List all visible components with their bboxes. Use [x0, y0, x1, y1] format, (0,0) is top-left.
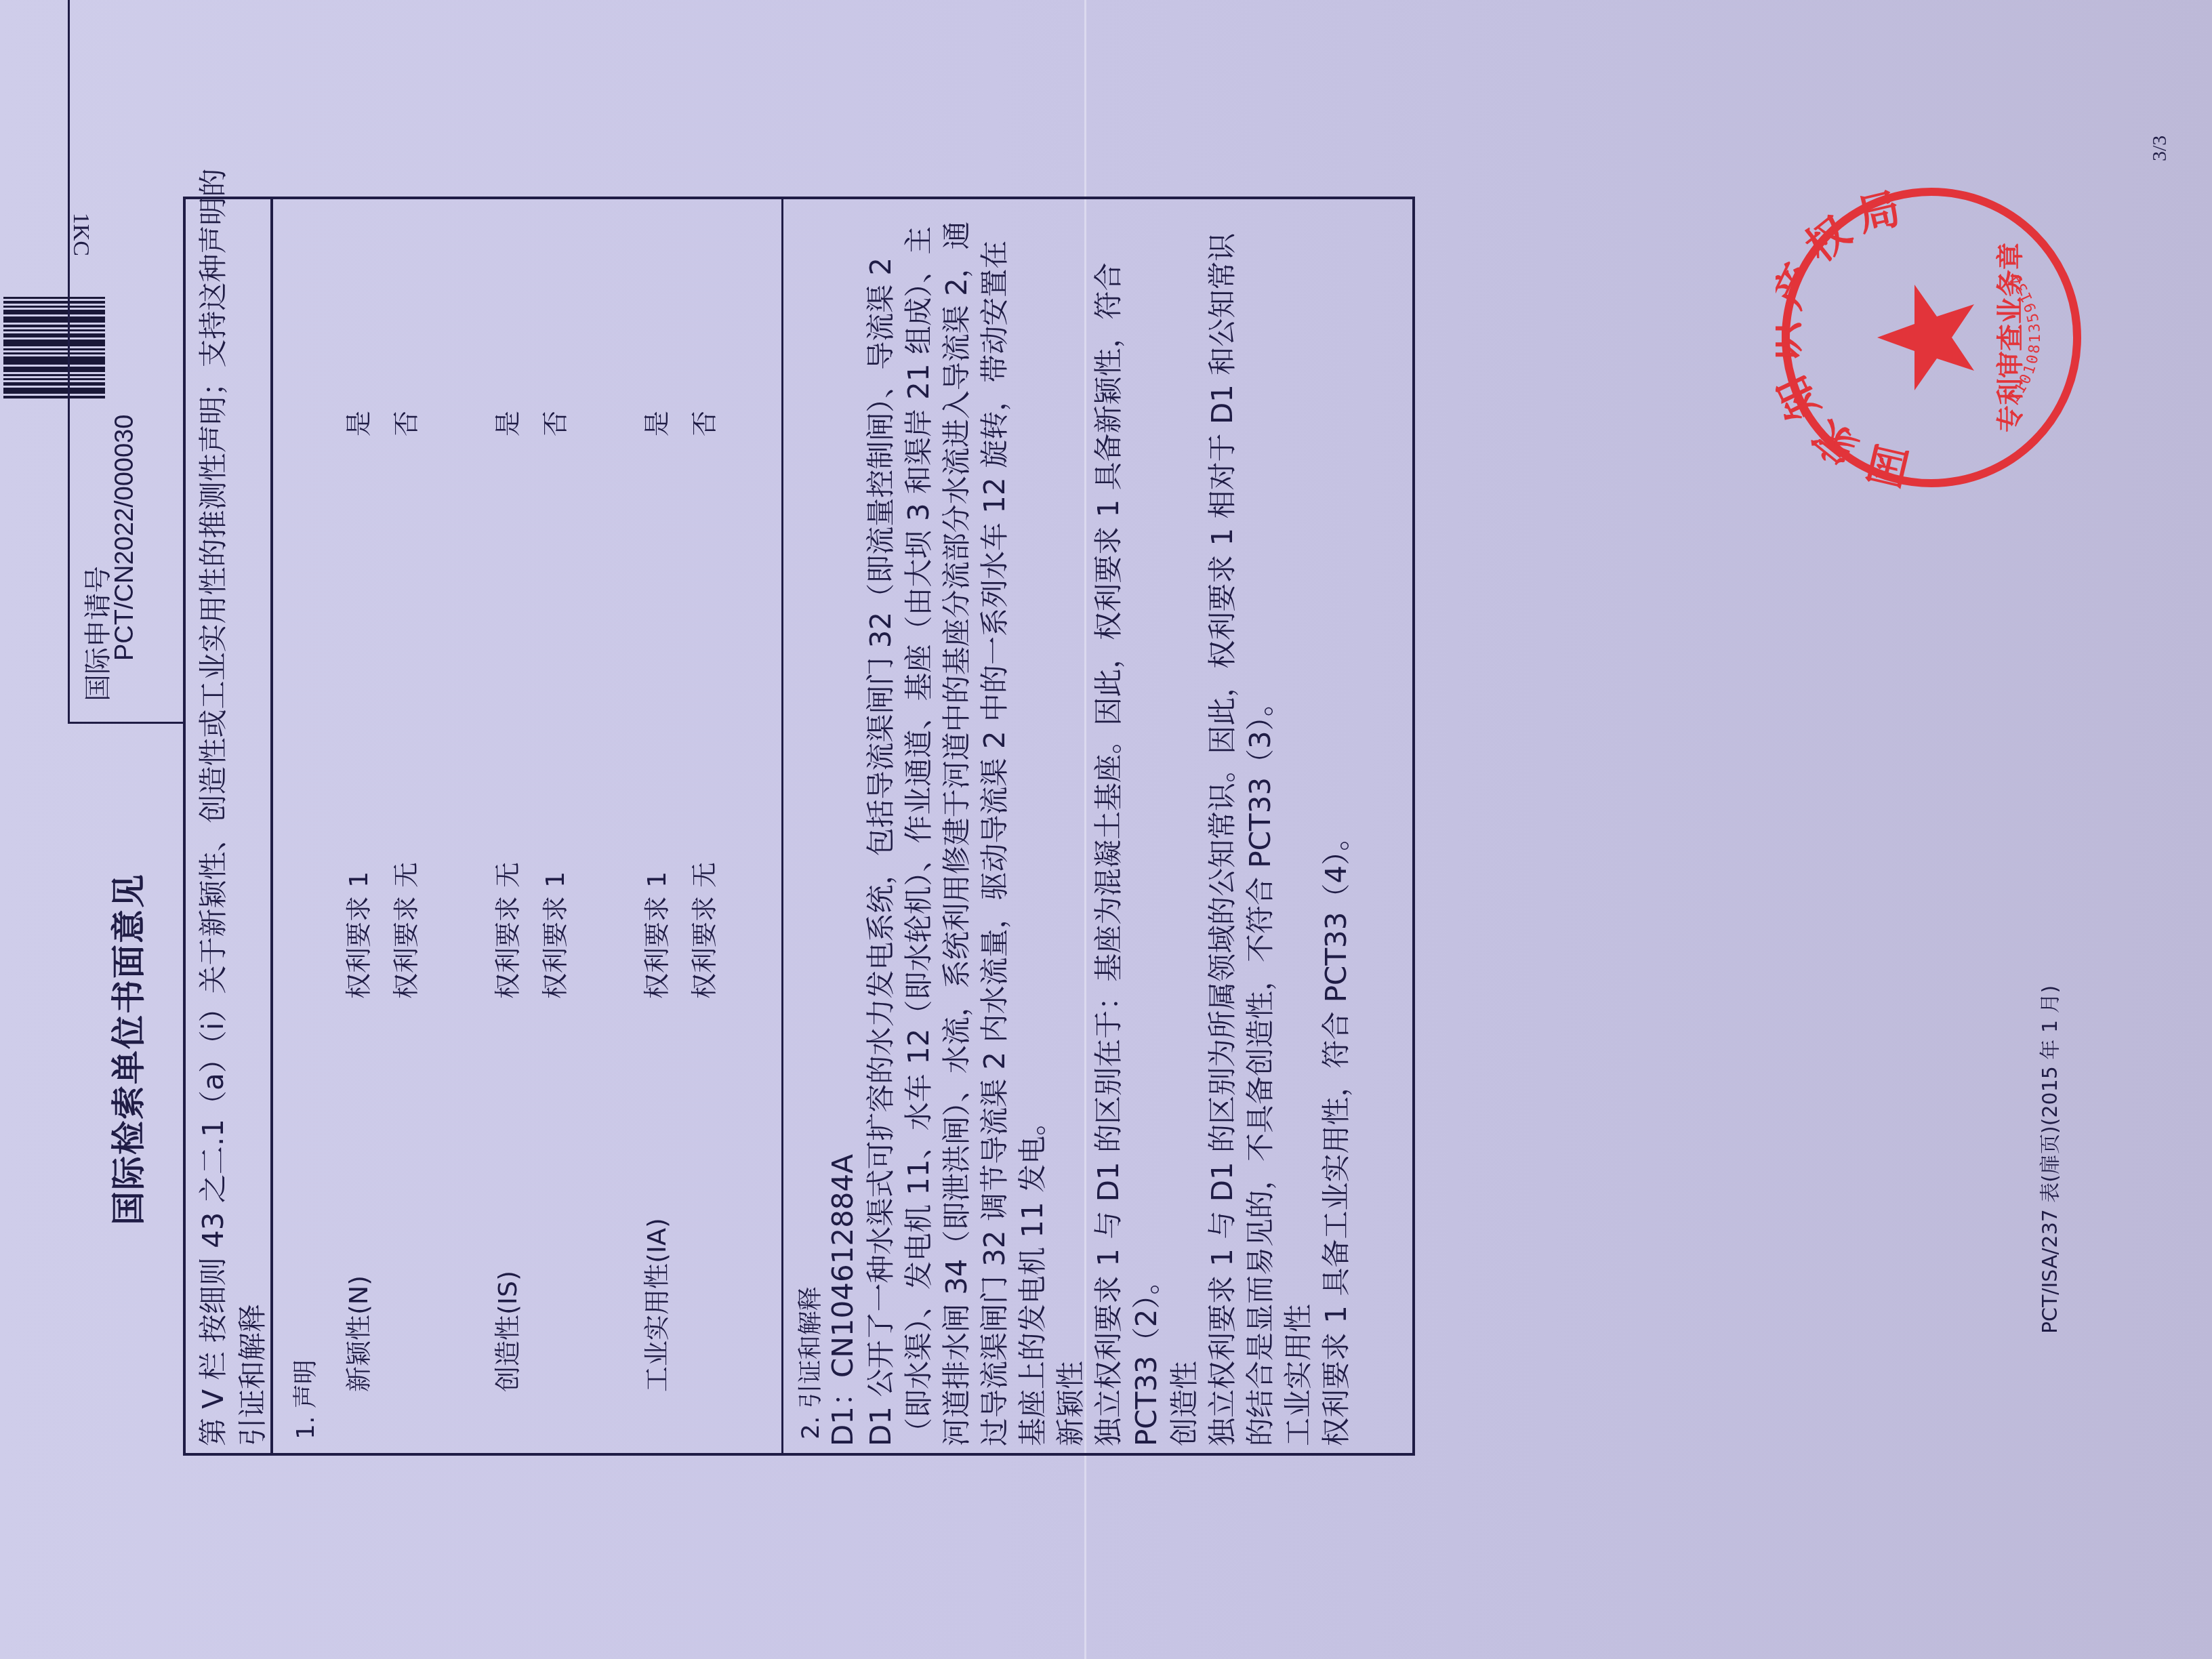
star-icon — [1877, 285, 1974, 390]
criterion-industrial-applicability: 工业实用性(IA) — [636, 1218, 673, 1392]
form-footer: PCT/ISA/237 表(扉页)(2015 年 1 月) — [2033, 985, 2063, 1334]
citation-d1: D1：CN104612884A — [824, 213, 862, 1446]
citations-body: D1：CN104612884A D1 公开了一种水渠式可扩容的水力发电系统，包括… — [824, 213, 1355, 1446]
criterion-novelty: 新颖性(N) — [337, 1275, 375, 1392]
citations-section: 2. 引证和解释 D1：CN104612884A D1 公开了一种水渠式可扩容的… — [783, 199, 1412, 1453]
box-v-heading-line2: 引证和解释 — [230, 1304, 271, 1446]
inventive-no: 否 — [534, 411, 571, 436]
novelty-heading: 新颖性 — [1052, 213, 1090, 1446]
inventive-yes: 是 — [487, 411, 524, 436]
criterion-inventive-step: 创造性(IS) — [487, 1271, 524, 1392]
application-number-label: 国际申请号 — [77, 566, 115, 701]
industrial-no: 否 — [683, 411, 720, 436]
industrial-yes: 是 — [636, 411, 673, 436]
novelty-yes: 是 — [337, 411, 375, 436]
page-number: 3/3 — [2148, 136, 2171, 161]
industrial-reasoning: 权利要求 1 具备工业实用性，符合 PCT33（4）。 — [1317, 213, 1355, 1446]
application-number-box: 国际申请号 PCT/CN2022/000030 — [68, 0, 185, 724]
novelty-no: 否 — [385, 411, 422, 436]
box-v-heading-line1: 第 V 栏 按细则 43 之二.1（a）（i）关于新颖性、创造性或工业实用性的推… — [191, 169, 232, 1446]
statement-section: 1. 声明 新颖性(N) 权利要求 1 权利要求 无 是 否 创造性(IS) 权… — [273, 199, 783, 1453]
application-number: PCT/CN2022/000030 — [110, 415, 140, 661]
industrial-claims-no: 权利要求 无 — [683, 862, 720, 999]
document-title: 国际检索单位书面意见 — [102, 873, 150, 1225]
industrial-heading: 工业实用性 — [1279, 213, 1317, 1446]
novelty-reasoning: 独立权利要求 1 与 D1 的区别在于：基座为混凝土基座。因此，权利要求 1 具… — [1090, 213, 1166, 1446]
inventive-claims-yes: 权利要求 无 — [487, 862, 524, 999]
citations-title: 2. 引证和解释 — [792, 1286, 826, 1439]
inventive-reasoning: 独立权利要求 1 与 D1 的区别为所属领域的公知常识。因此，权利要求 1 相对… — [1204, 213, 1279, 1446]
novelty-claims-no: 权利要求 无 — [385, 862, 422, 999]
novelty-claims-yes: 权利要求 1 — [337, 872, 375, 999]
box-v-heading: 第 V 栏 按细则 43 之二.1（a）（i）关于新颖性、创造性或工业实用性的推… — [186, 199, 273, 1453]
document-page: 1KC 国际申请号 PCT/CN2022/000030 国际检索单位书面意见 第… — [0, 0, 2212, 1659]
industrial-claims-yes: 权利要求 1 — [636, 872, 673, 999]
inventive-claims-no: 权利要求 1 — [534, 872, 571, 999]
statement-title: 1. 声明 — [287, 1359, 321, 1439]
citation-d1-disclosure: D1 公开了一种水渠式可扩容的水力发电系统，包括导流渠闸门 32（即流量控制闸）… — [862, 213, 1052, 1446]
inventive-heading: 创造性 — [1166, 213, 1204, 1446]
official-seal-stamp: 国家知识产权局 专利审查业务章 1101081359134 — [1776, 182, 2087, 493]
box-v-frame: 第 V 栏 按细则 43 之二.1（a）（i）关于新颖性、创造性或工业实用性的推… — [183, 197, 1415, 1456]
svg-text:专利审查业务章: 专利审查业务章 — [1995, 243, 2026, 432]
